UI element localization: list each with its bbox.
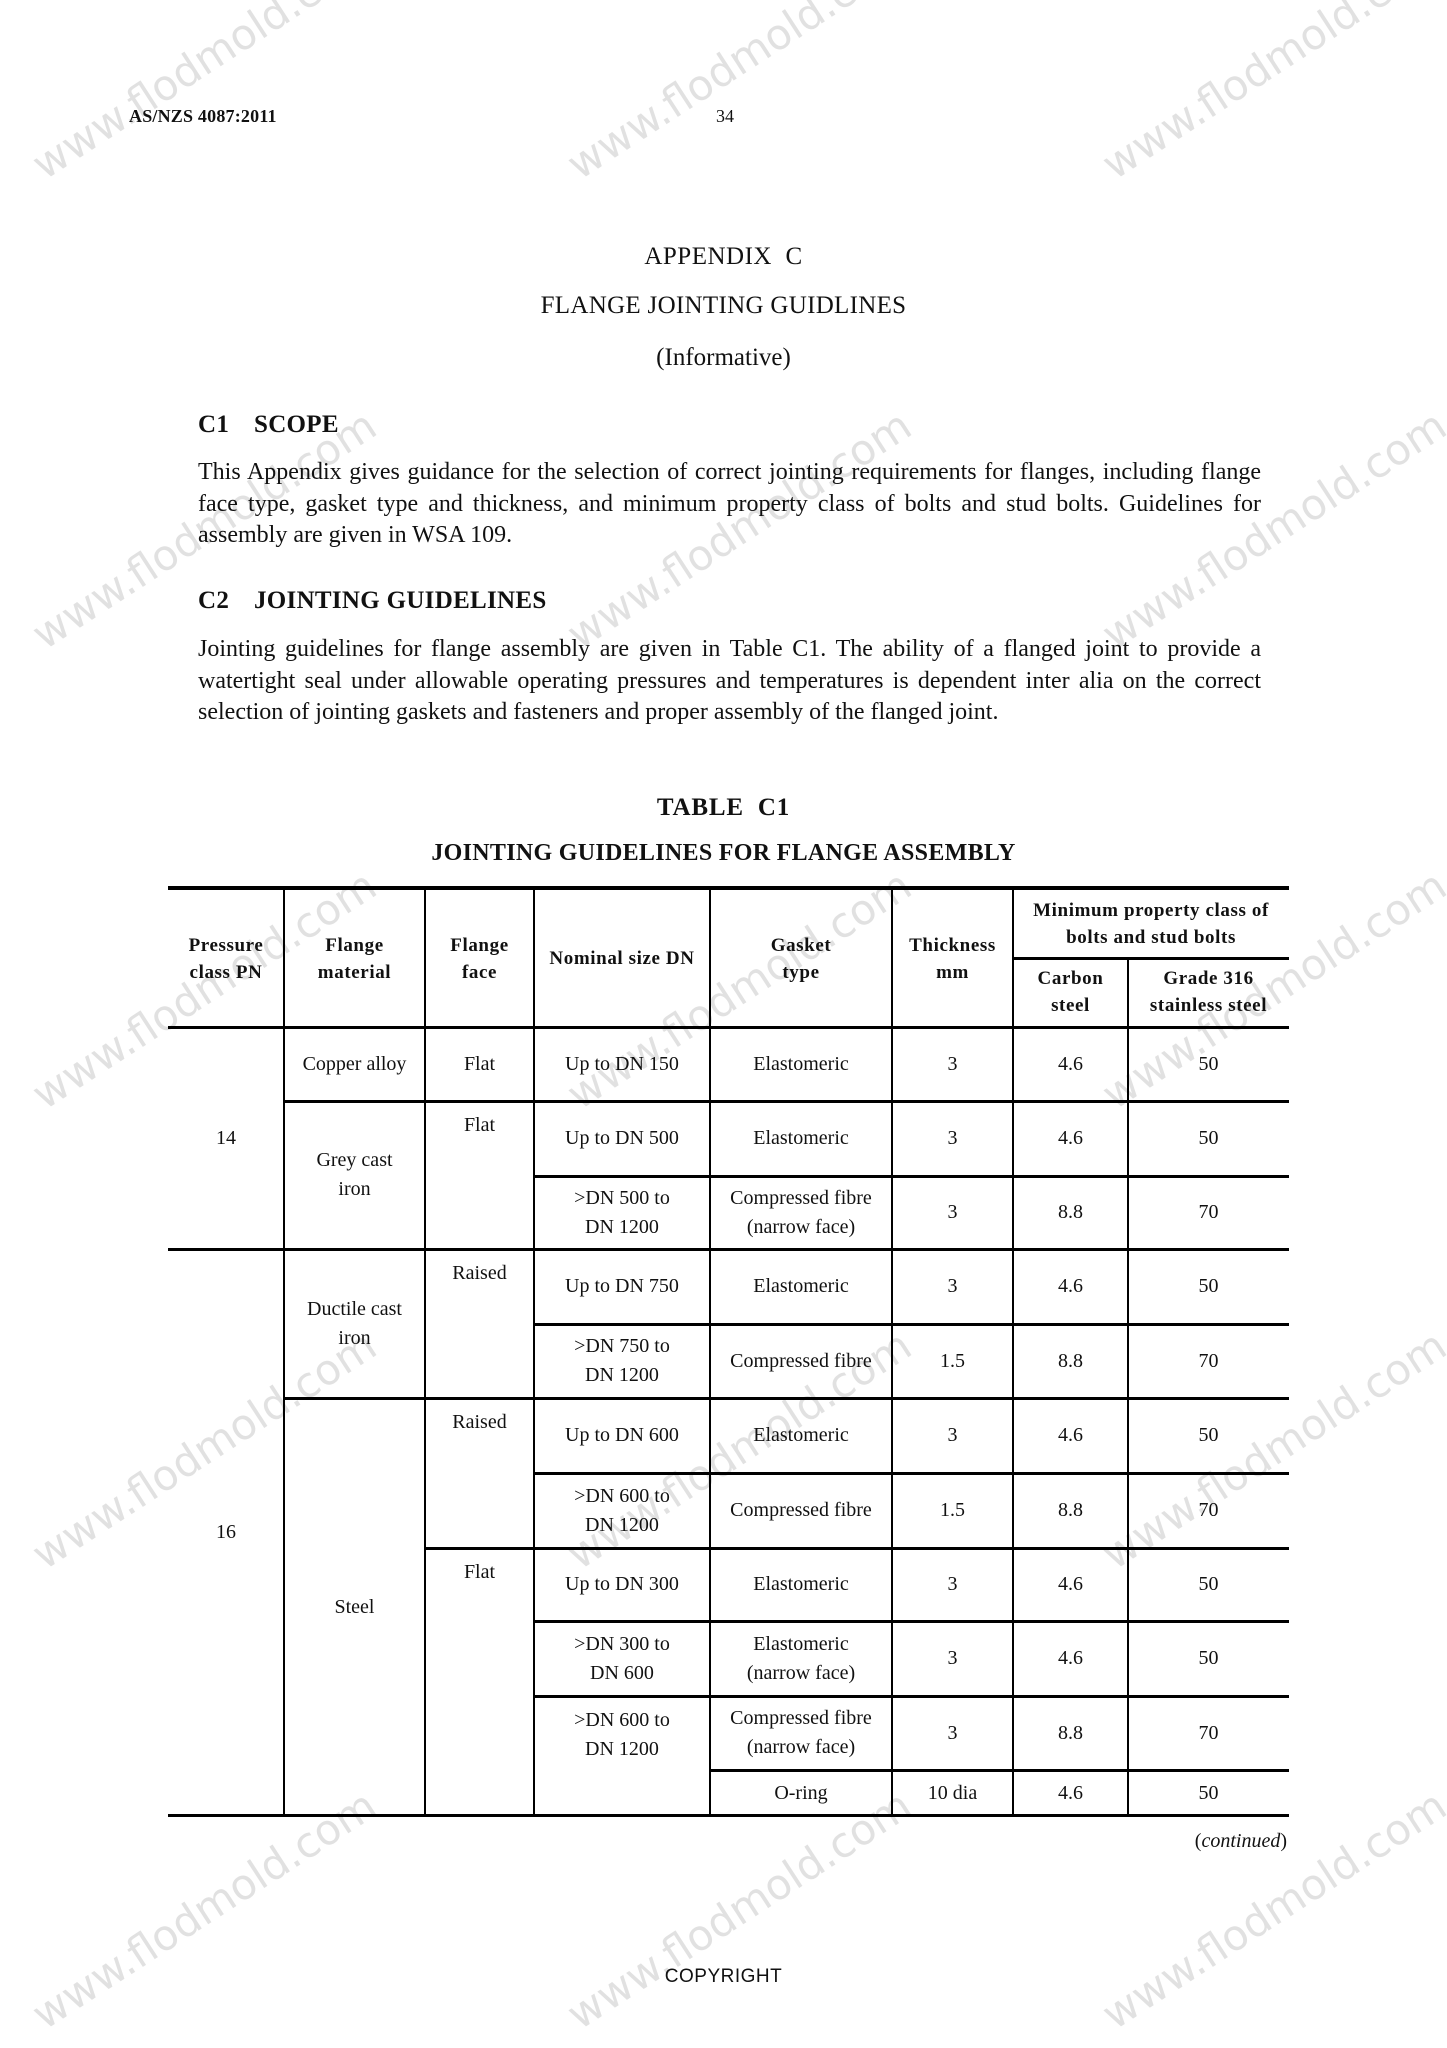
grade316-class-cell: 50 [1128,1249,1289,1324]
flange-material-cell: Ductile cast iron [284,1249,425,1398]
table-label: TABLE C1 [0,794,1447,822]
grade316-class-cell: 50 [1128,1621,1289,1696]
section-title: SCOPE [254,411,339,438]
thickness-cell: 1.5 [892,1473,1013,1548]
flange-face-cell: Flat [425,1548,534,1816]
carbon-steel-class-cell: 8.8 [1013,1324,1128,1398]
nominal-size-cell: Up to DN 600 [534,1398,710,1473]
watermark-text: www.flodmold.com [1093,1780,1447,2039]
pressure-class-cell: 14 [168,1027,284,1249]
appendix-title: FLANGE JOINTING GUIDLINES [0,292,1447,320]
standard-code: AS/NZS 4087:2011 [129,106,277,127]
column-header-min-property-class: Minimum property class of bolts and stud… [1013,890,1289,957]
gasket-type-cell: Elastomeric [710,1398,892,1473]
grade316-class-cell: 70 [1128,1696,1289,1770]
section-paragraph-c2: Jointing guidelines for flange assembly … [198,634,1261,729]
nominal-size-cell: >DN 300 to DN 600 [534,1621,710,1696]
flange-material-cell: Steel [284,1398,425,1816]
nominal-size-cell: Up to DN 750 [534,1249,710,1324]
thickness-cell: 3 [892,1621,1013,1696]
carbon-steel-class-cell: 4.6 [1013,1398,1128,1473]
section-title: JOINTING GUIDELINES [254,587,547,614]
gasket-type-cell: Elastomeric [710,1548,892,1621]
nominal-size-cell: Up to DN 150 [534,1027,710,1101]
jointing-guidelines-table: Pressure class PNFlange materialFlange f… [168,886,1289,1816]
gasket-type-cell: O-ring [710,1770,892,1816]
watermark-text: www.flodmold.com [23,1780,385,2039]
nominal-size-cell: Up to DN 500 [534,1101,710,1176]
thickness-cell: 3 [892,1398,1013,1473]
continued-note: (continued) [1195,1830,1287,1853]
grade316-class-cell: 50 [1128,1398,1289,1473]
flange-material-cell: Copper alloy [284,1027,425,1101]
flange-face-cell: Flat [425,1027,534,1101]
gasket-type-cell: Elastomeric(narrow face) [710,1621,892,1696]
appendix-note: (Informative) [0,344,1447,372]
carbon-steel-class-cell: 4.6 [1013,1027,1128,1101]
carbon-steel-class-cell: 4.6 [1013,1770,1128,1816]
grade316-class-cell: 50 [1128,1101,1289,1176]
column-header-nominal-size: Nominal size DN [534,890,710,1027]
grade316-class-cell: 50 [1128,1027,1289,1101]
nominal-size-cell: >DN 500 to DN 1200 [534,1176,710,1249]
thickness-cell: 3 [892,1696,1013,1770]
gasket-type-cell: Compressed fibre [710,1324,892,1398]
carbon-steel-class-cell: 8.8 [1013,1176,1128,1249]
carbon-steel-class-cell: 4.6 [1013,1101,1128,1176]
grade316-class-cell: 70 [1128,1176,1289,1249]
column-header-carbon-steel: Carbon steel [1013,957,1128,1027]
nominal-size-cell: >DN 600 to DN 1200 [534,1696,710,1816]
table-title: JOINTING GUIDELINES FOR FLANGE ASSEMBLY [0,840,1447,867]
carbon-steel-class-cell: 8.8 [1013,1473,1128,1548]
grade316-class-cell: 70 [1128,1324,1289,1398]
column-header-flange-material: Flange material [284,890,425,1027]
column-header-gasket-type: Gasket type [710,890,892,1027]
thickness-cell: 3 [892,1249,1013,1324]
watermark-text: www.flodmold.com [558,0,920,189]
column-header-flange-face: Flange face [425,890,534,1027]
section-number: C2 [198,587,254,615]
gasket-type-cell: Elastomeric [710,1027,892,1101]
continued-text: continued [1201,1830,1280,1852]
section-heading-c1: C1SCOPE [198,411,339,439]
copyright-footer: COPYRIGHT [0,1966,1447,1988]
carbon-steel-class-cell: 8.8 [1013,1696,1128,1770]
nominal-size-cell: >DN 600 to DN 1200 [534,1473,710,1548]
flange-face-cell: Raised [425,1398,534,1548]
thickness-cell: 1.5 [892,1324,1013,1398]
flange-material-cell: Grey cast iron [284,1101,425,1249]
gasket-type-cell: Elastomeric [710,1101,892,1176]
gasket-type-cell: Elastomeric [710,1249,892,1324]
carbon-steel-class-cell: 4.6 [1013,1548,1128,1621]
gasket-type-cell: Compressed fibre(narrow face) [710,1176,892,1249]
nominal-size-cell: Up to DN 300 [534,1548,710,1621]
thickness-cell: 3 [892,1548,1013,1621]
watermark-text: www.flodmold.com [1093,0,1447,189]
gasket-type-cell: Compressed fibre [710,1473,892,1548]
grade316-class-cell: 70 [1128,1473,1289,1548]
column-header-thickness: Thickness mm [892,890,1013,1027]
column-header-pressure-class: Pressure class PN [168,890,284,1027]
gasket-type-cell: Compressed fibre(narrow face) [710,1696,892,1770]
carbon-steel-class-cell: 4.6 [1013,1621,1128,1696]
column-header-grade316: Grade 316 stainless steel [1128,957,1289,1027]
page-number: 34 [716,106,734,127]
thickness-cell: 3 [892,1176,1013,1249]
appendix-label: APPENDIX C [0,243,1447,271]
carbon-steel-class-cell: 4.6 [1013,1249,1128,1324]
thickness-cell: 3 [892,1101,1013,1176]
watermark-text: www.flodmold.com [23,0,385,189]
pressure-class-cell: 16 [168,1249,284,1816]
section-heading-c2: C2JOINTING GUIDELINES [198,587,547,615]
grade316-class-cell: 50 [1128,1548,1289,1621]
watermark-text: www.flodmold.com [558,1780,920,2039]
grade316-class-cell: 50 [1128,1770,1289,1816]
thickness-cell: 10 dia [892,1770,1013,1816]
section-paragraph-c1: This Appendix gives guidance for the sel… [198,457,1261,552]
flange-face-cell: Raised [425,1249,534,1398]
flange-face-cell: Flat [425,1101,534,1249]
section-number: C1 [198,411,254,439]
nominal-size-cell: >DN 750 to DN 1200 [534,1324,710,1398]
thickness-cell: 3 [892,1027,1013,1101]
